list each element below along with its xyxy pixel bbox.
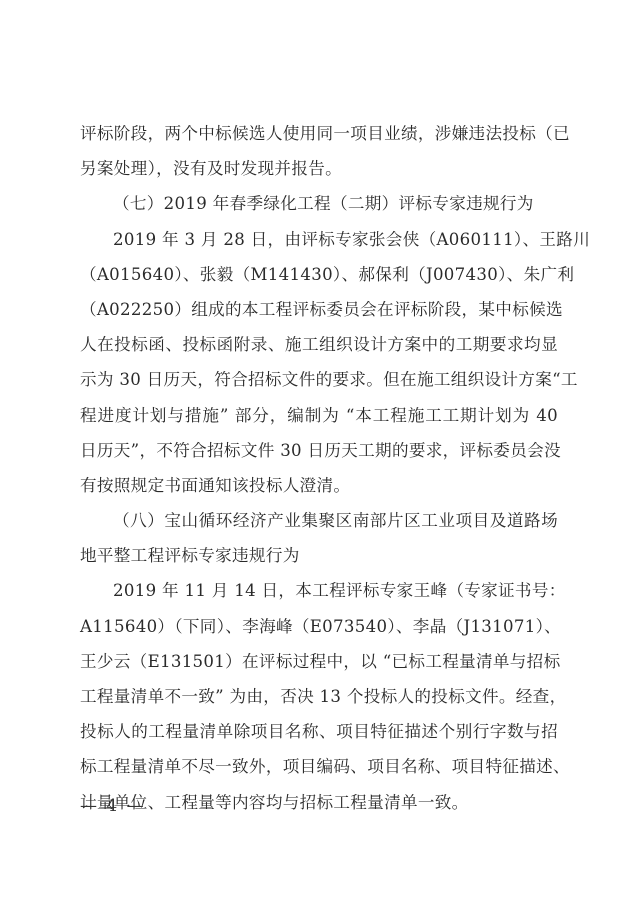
text-line: 计量单位、工程量等内容均与招标工程量清单一致。 — [80, 785, 558, 820]
text-line: 人在投标函、投标函附录、施工组织设计方案中的工期要求均显 — [80, 327, 558, 362]
text-line: 工程量清单不一致” 为由，否决 13 个投标人的投标文件。经查， — [80, 679, 558, 714]
section-heading-8: （八）宝山循环经济产业集聚区南部片区工业项目及道路场 — [80, 503, 558, 538]
section-heading-8-cont: 地平整工程评标专家违规行为 — [80, 538, 558, 573]
section-heading-7: （七）2019 年春季绿化工程（二期）评标专家违规行为 — [80, 186, 558, 221]
text-line: 示为 30 日历天，符合招标文件的要求。但在施工组织设计方案“工 — [80, 362, 558, 397]
document-page: 评标阶段，两个中标候选人使用同一项目业绩，涉嫌违法投标（已 另案处理），没有及时… — [80, 116, 558, 820]
text-line: 2019 年 11 月 14 日，本工程评标专家王峰（专家证书号： — [80, 573, 558, 608]
page-number: — 4 — — [80, 794, 146, 818]
text-line: （A015640）、张毅（M141430）、郝保利（J007430）、朱广利 — [80, 257, 558, 292]
text-line: （A022250）组成的本工程评标委员会在评标阶段，某中标候选 — [80, 292, 558, 327]
text-line: 日历天”，不符合招标文件 30 日历天工期的要求，评标委员会没 — [80, 433, 558, 468]
text-line: 另案处理），没有及时发现并报告。 — [80, 151, 558, 186]
text-line: 评标阶段，两个中标候选人使用同一项目业绩，涉嫌违法投标（已 — [80, 116, 558, 151]
text-line: 2019 年 3 月 28 日，由评标专家张会侠（A060111）、王路川 — [80, 222, 558, 257]
text-line: 标工程量清单不尽一致外，项目编码、项目名称、项目特征描述、 — [80, 749, 558, 784]
text-line: A115640）（下同）、李海峰（E073540）、李晶（J131071）、 — [80, 609, 558, 644]
text-line: 投标人的工程量清单除项目名称、项目特征描述个别行字数与招 — [80, 714, 558, 749]
text-line: 王少云（E131501）在评标过程中，以 “已标工程量清单与招标 — [80, 644, 558, 679]
text-line: 有按照规定书面通知该投标人澄清。 — [80, 468, 558, 503]
text-line: 程进度计划与措施” 部分，编制为 “本工程施工工期计划为 40 — [80, 398, 558, 433]
